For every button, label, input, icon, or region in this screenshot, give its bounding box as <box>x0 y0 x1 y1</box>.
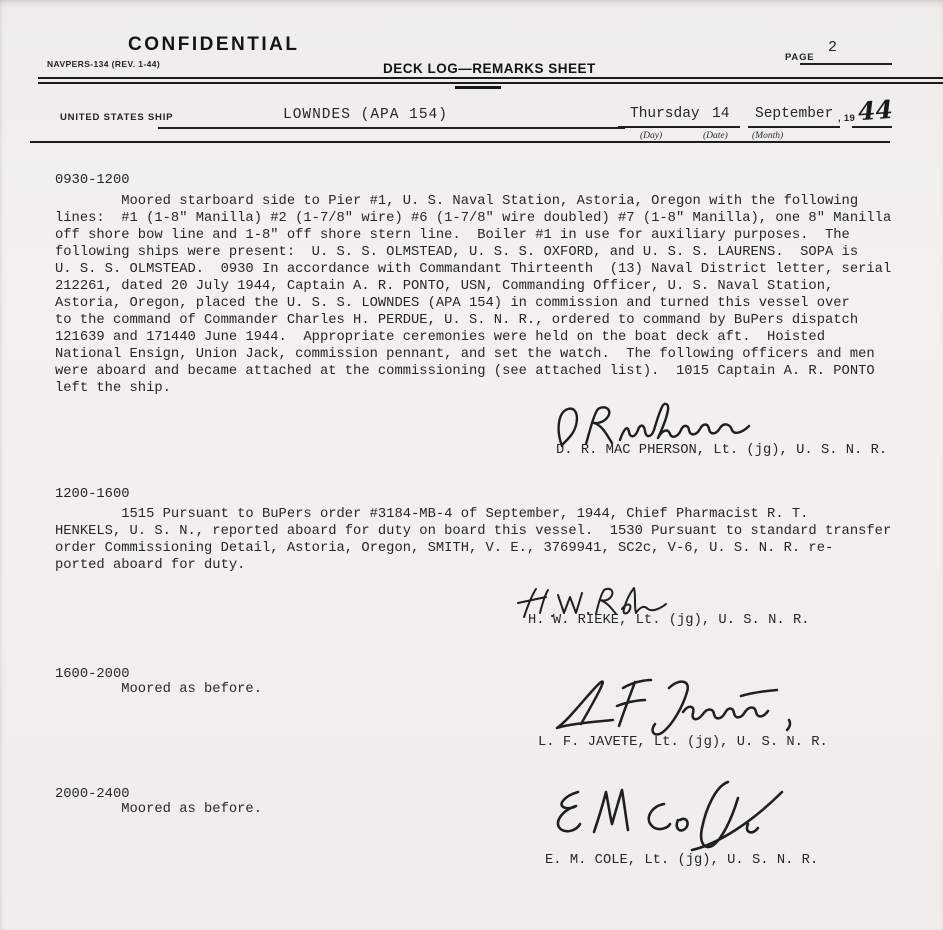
entry-text: Moored starboard side to Pier #1, U. S. … <box>55 193 905 397</box>
ship-label: UNITED STATES SHIP <box>60 112 173 123</box>
entry-time-range: 0930-1200 <box>55 172 130 189</box>
entry-time-range: 1200-1600 <box>55 486 130 503</box>
date-year-prefix: , 19 <box>838 113 855 124</box>
date-date-label: (Date) <box>703 131 728 141</box>
signature-typed: E. M. COLE, Lt. (jg), U. S. N. R. <box>545 852 818 869</box>
date-month-label: (Month) <box>752 131 783 141</box>
header-bottom-rule <box>30 141 890 143</box>
page-label: PAGE <box>785 52 814 63</box>
ship-name-underline <box>158 127 625 129</box>
date-month-underline <box>748 126 840 128</box>
form-title-underline-mark <box>455 86 501 89</box>
date-year-underline <box>852 126 892 128</box>
date-day-underline <box>618 126 708 128</box>
date-date-underline <box>702 126 740 128</box>
header-double-rule-top <box>38 77 943 79</box>
signature-typed: H. W. RIEKE, Lt. (jg), U. S. N. R. <box>528 612 810 629</box>
signature-typed: L. F. JAVETE, Lt. (jg), U. S. N. R. <box>538 734 828 751</box>
page-number-underline <box>800 63 892 65</box>
entry-text: 1515 Pursuant to BuPers order #3184-MB-4… <box>55 506 905 574</box>
signature-handwriting-cole <box>542 776 789 856</box>
date-date: 14 <box>712 106 729 123</box>
signature-typed: D. R. MAC PHERSON, Lt. (jg), U. S. N. R. <box>556 442 887 459</box>
ship-name: LOWNDES (APA 154) <box>283 107 448 124</box>
date-day-label: (Day) <box>640 131 662 141</box>
form-title: DECK LOG—REMARKS SHEET <box>383 61 596 76</box>
deck-log-page: CONFIDENTIAL PAGE 2 NAVPERS-134 (REV. 1-… <box>0 0 943 930</box>
date-year-handwritten: 44 <box>857 95 894 126</box>
date-month: September <box>755 106 833 123</box>
header-double-rule-bottom <box>38 82 943 84</box>
classification-stamp: CONFIDENTIAL <box>128 34 299 56</box>
date-day: Thursday <box>630 106 700 123</box>
form-number: NAVPERS-134 (REV. 1-44) <box>47 59 160 69</box>
page-number: 2 <box>828 39 837 56</box>
